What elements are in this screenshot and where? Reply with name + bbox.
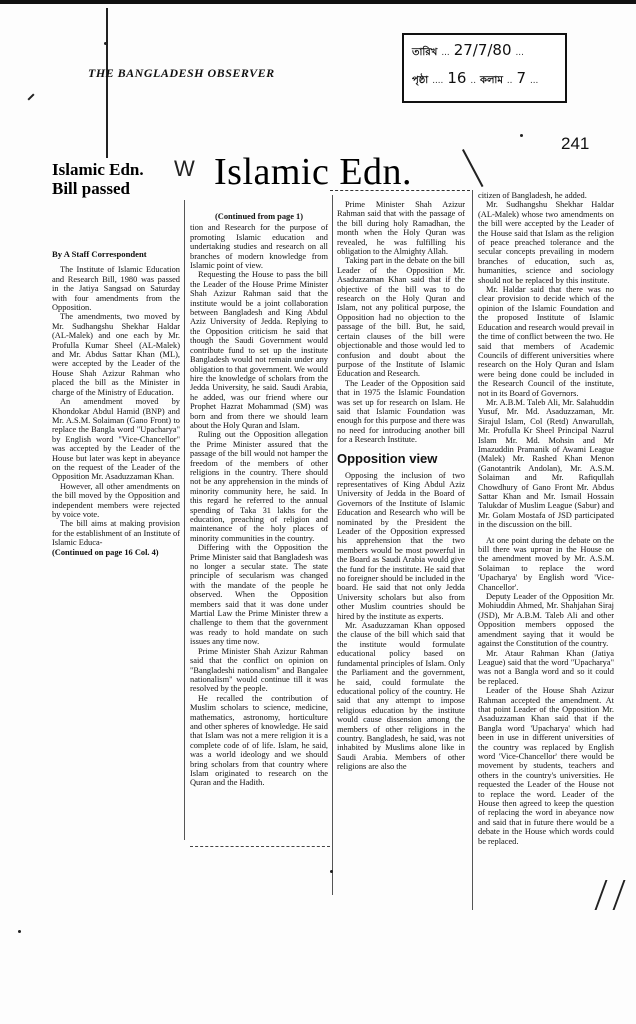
stamp-page-row: পৃষ্ঠা .... 16 .. কলাম .. 7 ... xyxy=(412,69,557,97)
column-rule xyxy=(472,190,473,910)
article-column-4: citizen of Bangladesh, he added. Mr. Sud… xyxy=(478,191,614,846)
paragraph: Differing with the Opposition the Prime … xyxy=(190,543,328,646)
paragraph: The bill aims at making provision for th… xyxy=(52,519,180,547)
paragraph: Requesting the House to pass the bill th… xyxy=(190,270,328,430)
scan-speck xyxy=(18,930,21,933)
stamp-column-label: কলাম xyxy=(480,73,503,90)
paragraph: However, all other amendments on the bil… xyxy=(52,482,180,520)
paragraph: Prime Minister Shah Azizur Rahman said t… xyxy=(190,647,328,694)
article-headline: Islamic Edn. Bill passed xyxy=(52,160,172,198)
archive-stamp: তারিখ ... 27/7/80 ... পৃষ্ঠা .... 16 .. … xyxy=(402,33,567,103)
paragraph: Mr. Haldar said that there was no clear … xyxy=(478,285,614,398)
paragraph: The Institute of Islamic Education and R… xyxy=(52,265,180,312)
paragraph: He recalled the contribution of Muslim s… xyxy=(190,694,328,788)
byline: By A Staff Correspondent xyxy=(52,250,180,259)
stamp-dots: ... xyxy=(441,47,449,58)
pen-mark xyxy=(27,93,34,100)
paragraph: At one point during the debate on the bi… xyxy=(478,536,614,592)
archive-page-number: 241 xyxy=(561,134,589,154)
stamp-dots: .... xyxy=(432,75,443,86)
paragraph: Mr. Ataur Rahman Khan (Jatiya League) sa… xyxy=(478,649,614,687)
paragraph: Mr. Asaduzzaman Khan opposed the clause … xyxy=(337,621,465,772)
column-rule xyxy=(332,195,333,895)
paragraph: tion and Research for the purpose of pro… xyxy=(190,223,328,270)
article-column-2: (Continued from page 1) tion and Researc… xyxy=(190,212,328,788)
stamp-date-label: তারিখ xyxy=(412,45,437,62)
article-column-3: Prime Minister Shah Azizur Rahman said t… xyxy=(337,200,465,772)
paragraph: Mr. A.B.M. Taleb Ali, Mr. Salahuddin Yus… xyxy=(478,398,614,530)
headline-rule xyxy=(330,190,470,191)
column-end-rule xyxy=(190,846,330,847)
column-rule xyxy=(184,200,185,840)
paragraph: The Leader of the Opposition said that i… xyxy=(337,379,465,445)
stamp-dots: ... xyxy=(530,75,538,86)
pen-slash-mark xyxy=(462,149,483,187)
headline-main: Islamic Edn. xyxy=(214,150,412,194)
stamp-page-label: পৃষ্ঠা xyxy=(412,73,428,90)
stamp-dots: ... xyxy=(516,47,524,58)
section-heading: Opposition view xyxy=(337,451,465,467)
continued-note: (Continued on page 16 Col. 4) xyxy=(52,548,180,557)
paragraph: The amendments, two moved by Mr. Sudhang… xyxy=(52,312,180,397)
stamp-dots: .. xyxy=(470,75,476,86)
stamp-column-value: 7 xyxy=(516,69,526,87)
paragraph: An amendment moved by Khondokar Abdul Ha… xyxy=(52,397,180,482)
clipping-edge-line xyxy=(106,8,108,158)
stamp-dots: .. xyxy=(507,75,513,86)
paragraph: Prime Minister Shah Azizur Rahman said t… xyxy=(337,200,465,256)
paragraph: Opposing the inclusion of two representa… xyxy=(337,471,465,622)
stamp-date-row: তারিখ ... 27/7/80 ... xyxy=(412,41,557,69)
newspaper-masthead: THE BANGLADESH OBSERVER xyxy=(88,66,275,81)
paragraph: Taking part in the debate on the bill Le… xyxy=(337,256,465,378)
paragraph: Ruling out the Opposition allegation the… xyxy=(190,430,328,543)
scan-speck xyxy=(330,870,333,873)
margin-mark: W xyxy=(174,156,195,182)
paragraph: Mr. Sudhangshu Shekhar Haldar (AL-Malek)… xyxy=(478,200,614,285)
stamp-page-value: 16 xyxy=(447,69,466,87)
article-column-1: By A Staff Correspondent The Institute o… xyxy=(52,250,180,557)
handwritten-signature-mark xyxy=(595,880,626,910)
scan-speck xyxy=(104,42,107,45)
stamp-date-value: 27/7/80 xyxy=(454,41,512,59)
paragraph: Leader of the House Shah Azizur Rahman a… xyxy=(478,686,614,846)
continued-from-note: (Continued from page 1) xyxy=(190,212,328,221)
scan-top-border xyxy=(0,0,636,4)
paragraph: Deputy Leader of the Opposition Mr. Mohi… xyxy=(478,592,614,648)
paragraph: citizen of Bangladesh, he added. xyxy=(478,191,614,200)
scan-speck xyxy=(520,134,523,137)
